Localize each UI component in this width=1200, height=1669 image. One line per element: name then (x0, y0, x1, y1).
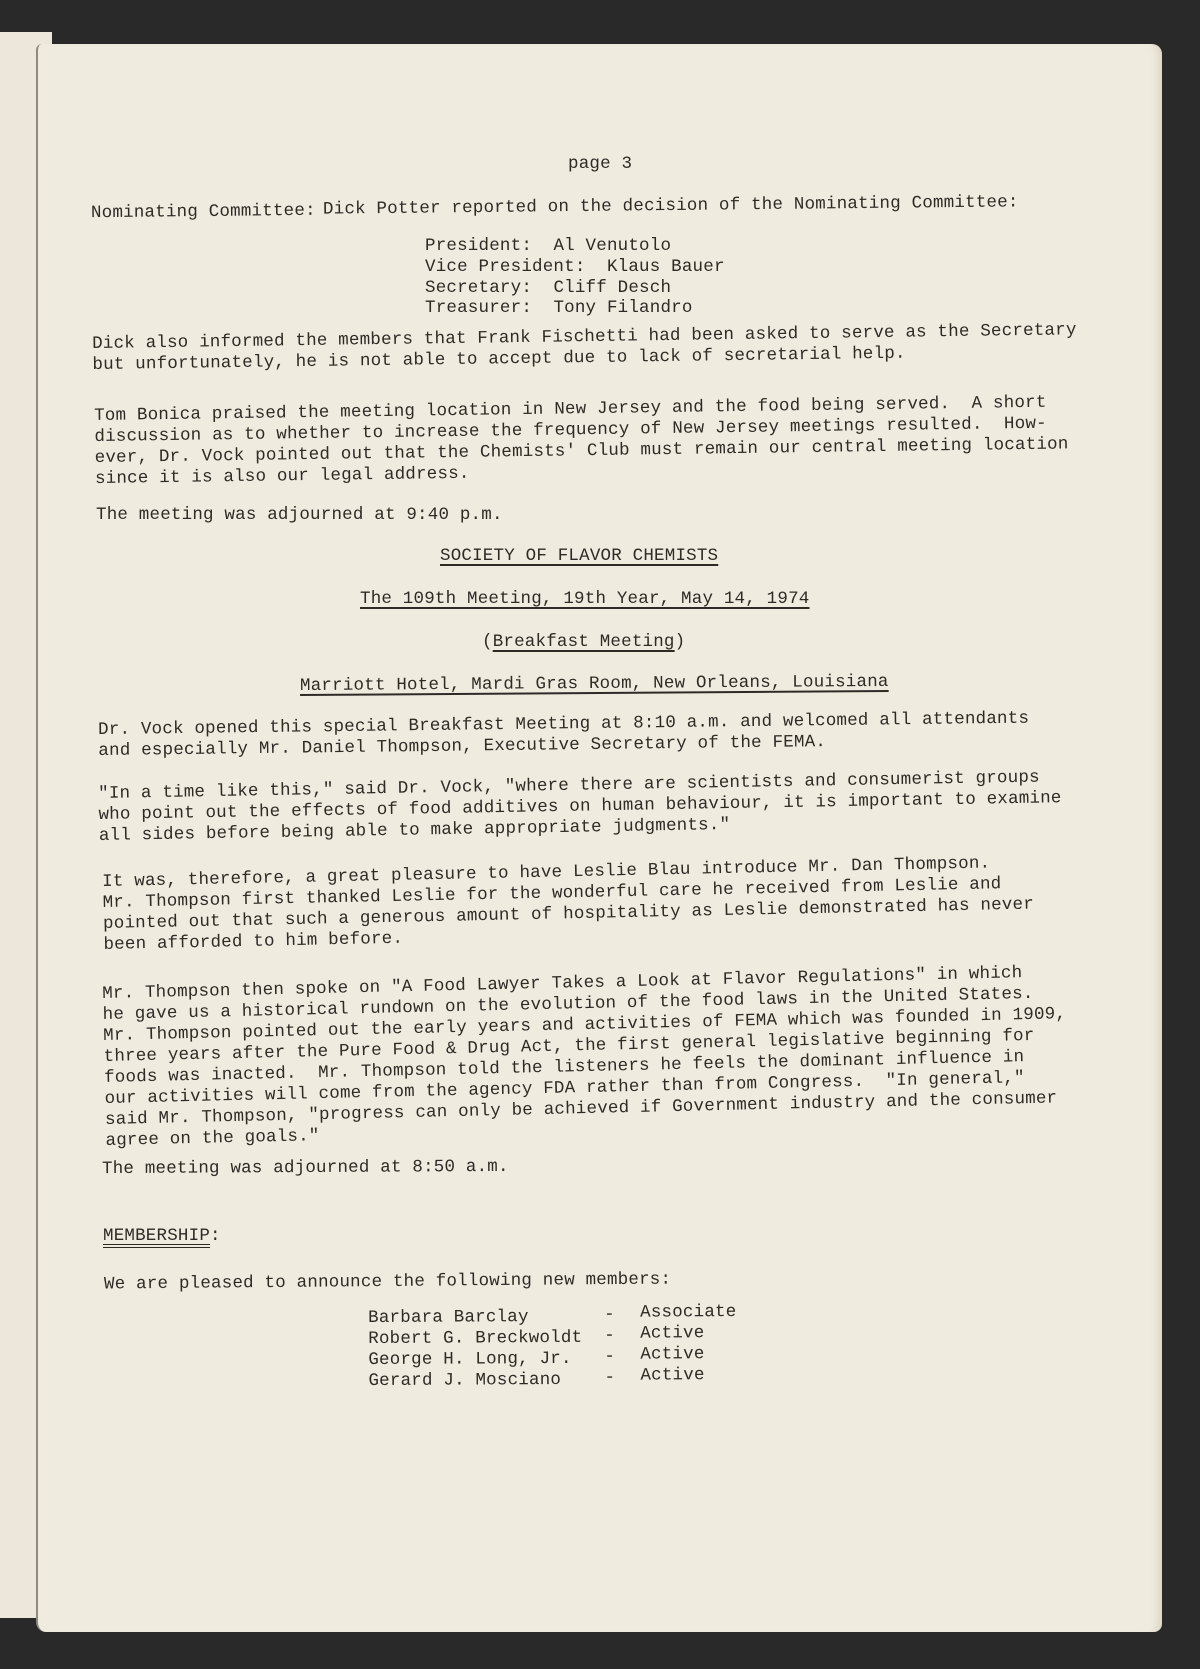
officer-row: Treasurer: Tony Filandro (425, 298, 693, 320)
member-dash: - (604, 1305, 615, 1327)
member-name: Barbara Barclay (368, 1307, 529, 1329)
adjourned-evening: The meeting was adjourned at 9:40 p.m. (96, 505, 503, 527)
membership-intro: We are pleased to announce the following… (104, 1270, 671, 1296)
nominating-label: Nominating Committee: (91, 201, 316, 225)
member-dash: - (604, 1326, 615, 1348)
adjourned-morning: The meeting was adjourned at 8:50 a.m. (102, 1157, 509, 1181)
member-type: Active (640, 1323, 704, 1345)
nominating-intro: Dick Potter reported on the decision of … (323, 192, 1019, 221)
member-name: George H. Long, Jr. (368, 1349, 571, 1372)
meeting-heading: The 109th Meeting, 19th Year, May 14, 19… (360, 589, 809, 611)
page-number: page 3 (568, 154, 632, 176)
member-type: Active (640, 1365, 704, 1387)
member-type: Active (640, 1344, 704, 1366)
location-heading: Marriott Hotel, Mardi Gras Room, New Orl… (300, 672, 889, 698)
membership-heading: MEMBERSHIP: (103, 1226, 221, 1248)
member-type: Associate (640, 1302, 736, 1324)
member-dash: - (604, 1347, 615, 1369)
society-heading: SOCIETY OF FLAVOR CHEMISTS (440, 546, 718, 568)
paragraph-line: agree on the goals." (105, 1126, 319, 1152)
officer-row: Vice President: Klaus Bauer (425, 257, 725, 279)
officer-row: Secretary: Cliff Desch (425, 278, 671, 300)
meeting-type: (Breakfast Meeting) (482, 632, 685, 654)
member-name: Gerard J. Mosciano (368, 1370, 561, 1393)
member-name: Robert G. Breckwoldt (368, 1328, 582, 1351)
officer-row: President: Al Venutolo (425, 236, 671, 258)
paragraph-line: since it is also our legal address. (95, 464, 470, 491)
document-page: page 3 Nominating Committee: Dick Potter… (36, 44, 1162, 1632)
member-dash: - (604, 1368, 615, 1390)
